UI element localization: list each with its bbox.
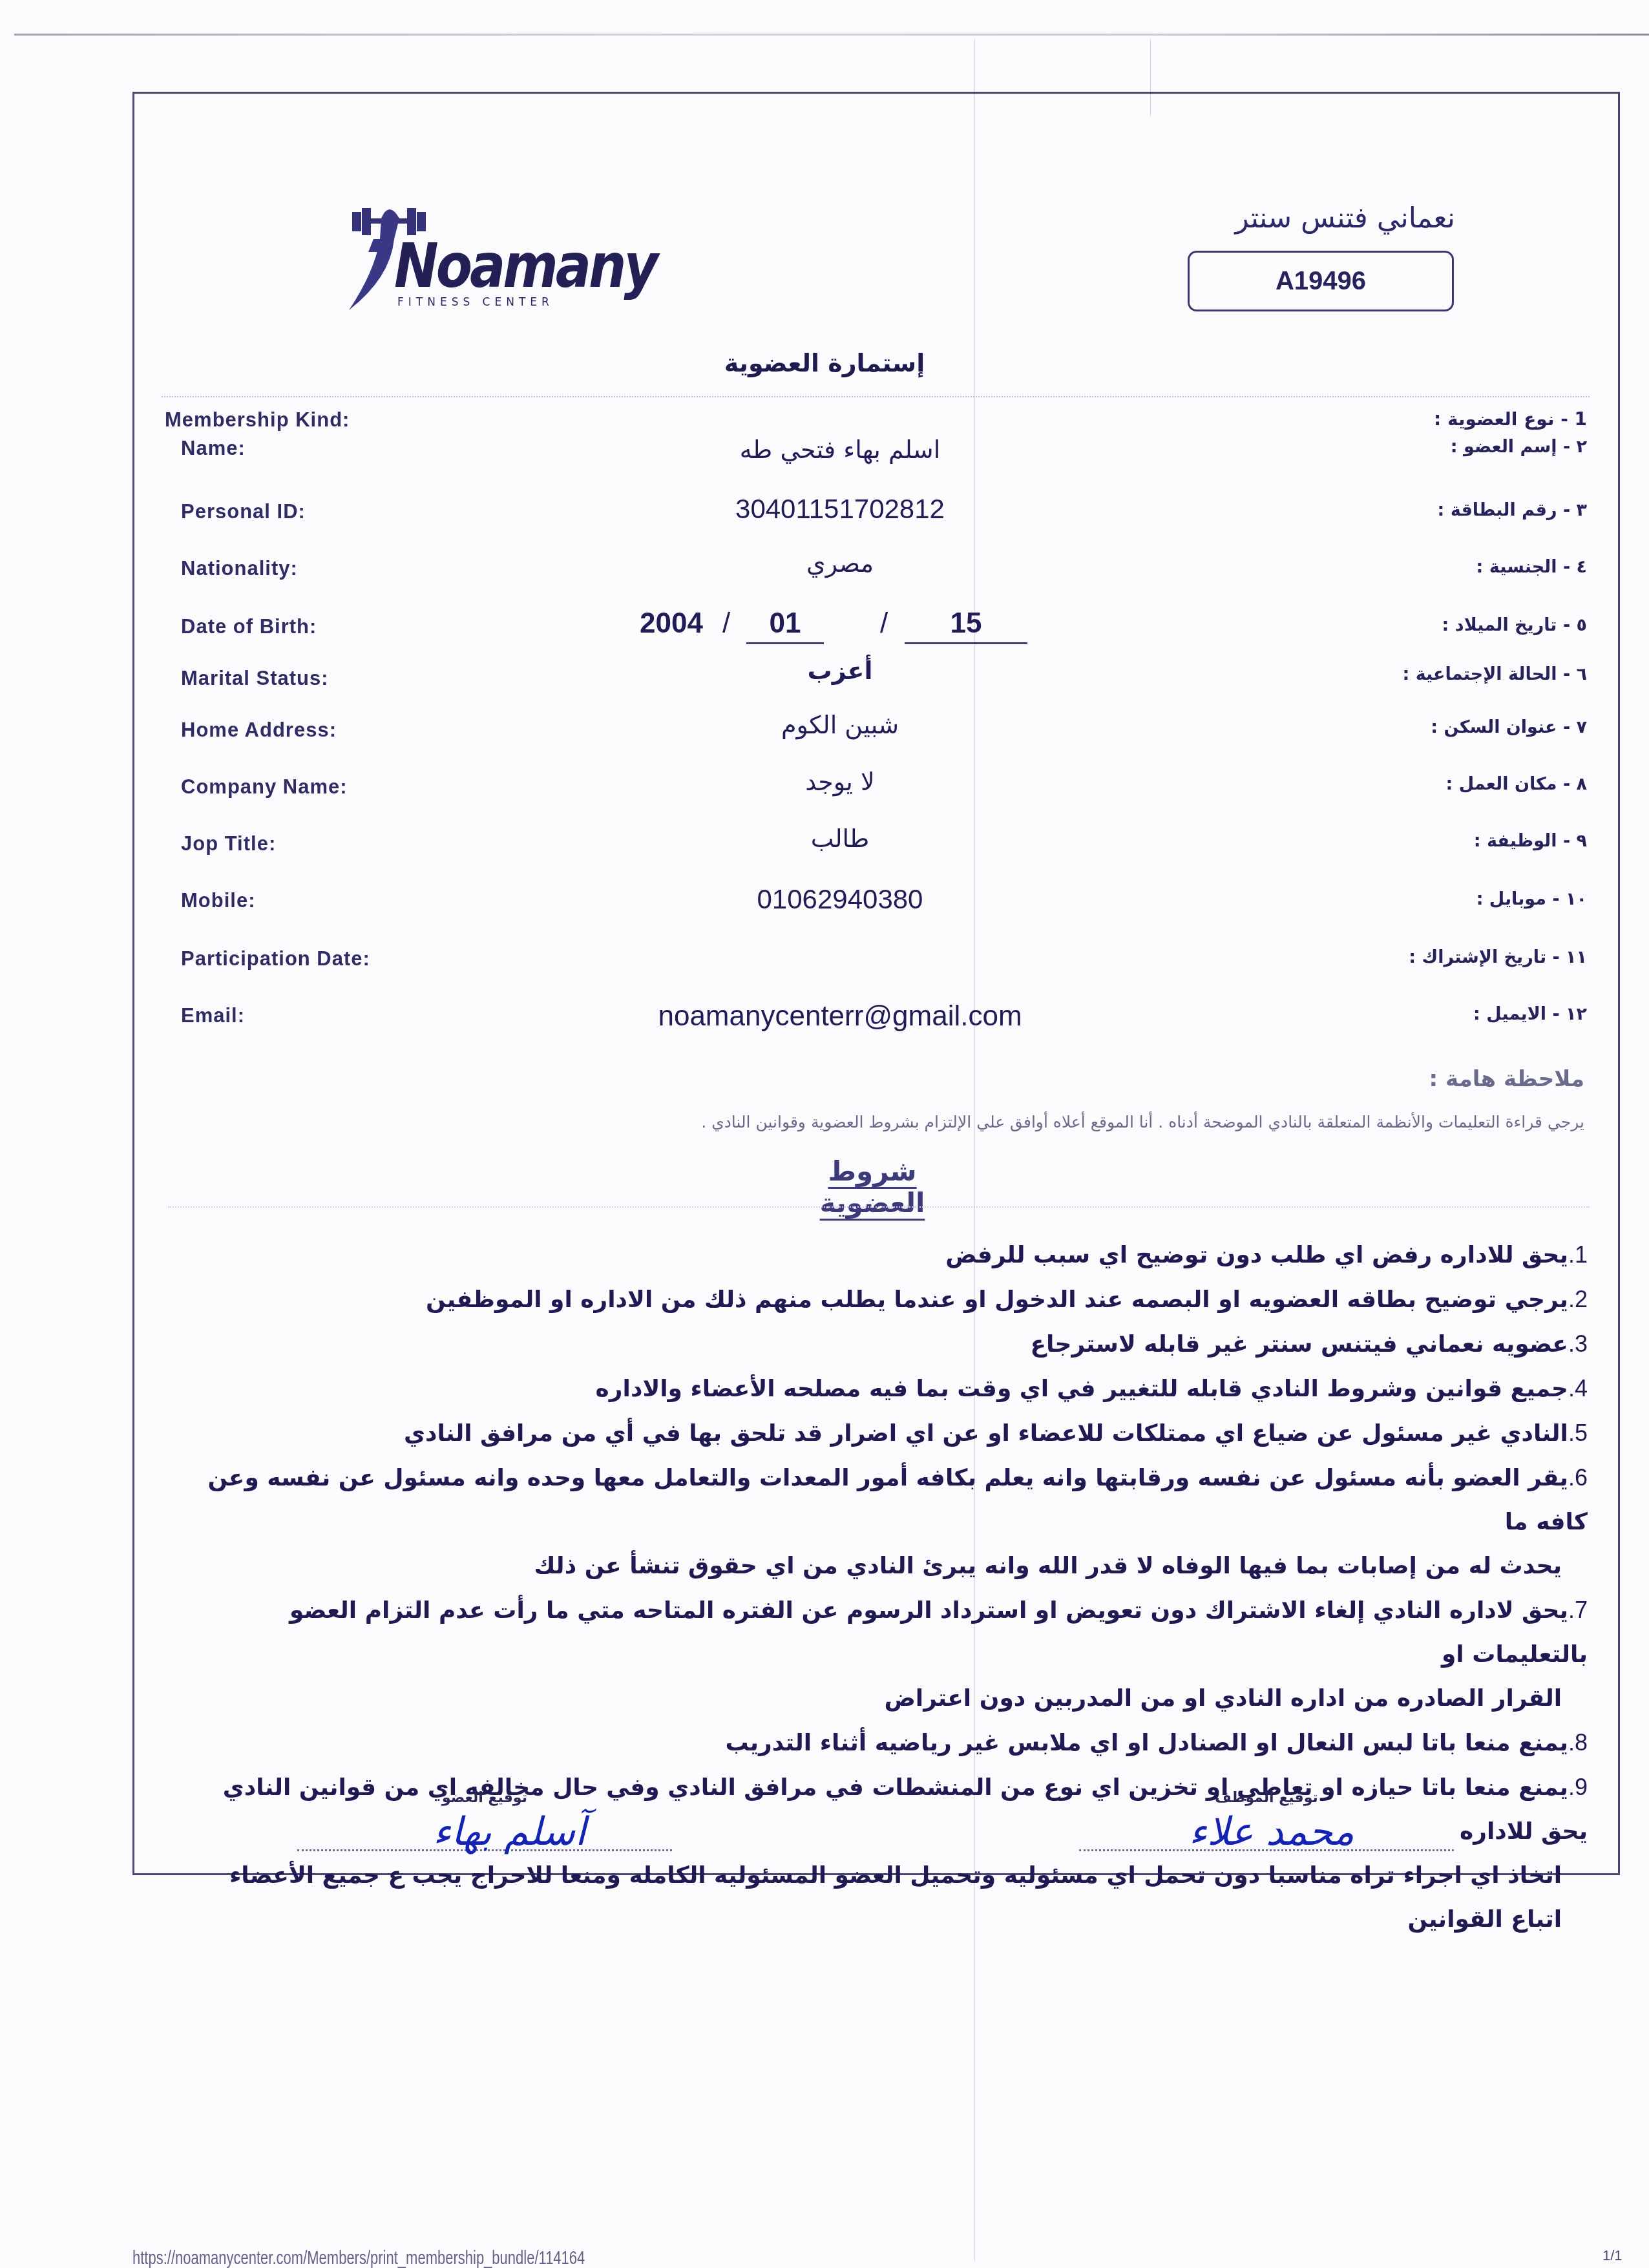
label-en: Jop Title:	[181, 832, 276, 856]
field-row-company-name: Company Name: ٨ - مكان العمل : لا يوجد	[0, 768, 1649, 806]
member-signature-block: توقيع العضو آسلم بهاء	[297, 1790, 672, 1867]
employee-signature-block: توقيع الموظف محمد علاء	[1079, 1790, 1454, 1867]
dob-year: 2004	[640, 607, 703, 640]
field-row-personal-id: Personal ID: ٣ - رقم البطاقة : 304011517…	[0, 494, 1649, 532]
label-ar: ١٢ - الايميل :	[1473, 1004, 1587, 1024]
member-signature-label: توقيع العضو	[297, 1790, 672, 1806]
field-value-marital-status: أعزب	[517, 656, 1163, 685]
label-en: Mobile:	[181, 889, 256, 912]
label-en: Email:	[181, 1004, 245, 1027]
terms-title: شروط العضوية	[775, 1155, 969, 1219]
label-en: Date of Birth:	[181, 615, 317, 638]
label-ar: ٣ - رقم البطاقة :	[1438, 500, 1587, 520]
label-ar: ٥ - تاريخ الميلاد :	[1442, 615, 1587, 635]
field-value-email: noamanycenterr@gmail.com	[452, 1000, 1228, 1033]
term-item: 8.يمنع منعا باتا لبس النعال او الصنادل ا…	[198, 1721, 1588, 1765]
term-item: 3.عضويه نعماني فيتنس سنتر غير قابله لاست…	[198, 1322, 1588, 1367]
field-row-nationality: Nationality: ٤ - الجنسية : مصري	[0, 549, 1649, 588]
label-en: Participation Date:	[181, 947, 370, 971]
brand-wordmark: Noamany	[394, 231, 656, 302]
field-row-mobile: Mobile: ١٠ - موبايل : 01062940380	[0, 884, 1649, 923]
note-title: ملاحظة هامة :	[1429, 1066, 1584, 1092]
dob-separator: /	[722, 607, 730, 640]
note-text: يرجي قراءة التعليمات والأنظمة المتعلقة ب…	[486, 1113, 1584, 1131]
field-row-home-address: Home Address: ٧ - عنوان السكن : شبين الك…	[0, 711, 1649, 750]
field-value-home-address: شبين الكوم	[517, 711, 1163, 739]
terms-divider	[168, 1206, 1590, 1208]
label-ar: ٩ - الوظيفة :	[1474, 831, 1587, 851]
label-ar: ٧ - عنوان السكن :	[1431, 717, 1587, 737]
field-row-participation-date: Participation Date: ١١ - تاريخ الإشتراك …	[0, 947, 1649, 986]
form-title: إستمارة العضوية	[0, 349, 1649, 377]
dob-separator: /	[880, 607, 888, 640]
field-row-date-of-birth: Date of Birth: ٥ - تاريخ الميلاد :	[0, 610, 1649, 649]
label-ar: 1 - نوع العضوية :	[1434, 408, 1587, 430]
label-en: Company Name:	[181, 775, 348, 799]
club-name-arabic: نعماني فتنس سنتر	[1235, 202, 1455, 235]
field-row-name: Name: ٢ - إسم العضو : اسلم بهاء فتحي طه	[0, 437, 1649, 476]
term-item: 4.جميع قوانين وشروط النادي قابله للتغيير…	[198, 1367, 1588, 1411]
term-item: 5.النادي غير مسئول عن ضياع اي ممتلكات لل…	[198, 1411, 1588, 1456]
term-item: 1.يحق للاداره رفض اي طلب دون توضيح اي سب…	[198, 1233, 1588, 1277]
employee-signature-label: توقيع الموظف	[1079, 1790, 1454, 1806]
field-row-marital-status: Marital Status: ٦ - الحالة الإجتماعية : …	[0, 659, 1649, 698]
dob-month: 01	[746, 607, 824, 644]
brand-logo: Noamany FITNESS CENTER	[349, 200, 569, 310]
field-value-nationality: مصري	[517, 549, 1163, 578]
label-ar: ١٠ - موبايل :	[1476, 889, 1587, 909]
page-number: 1/1	[1602, 2247, 1623, 2264]
label-en: Name:	[181, 437, 246, 460]
member-signature: آسلم بهاء	[433, 1809, 586, 1854]
field-row-email: Email: ١٢ - الايميل : noamanycenterr@gma…	[0, 1000, 1649, 1039]
member-code: A19496	[1188, 251, 1454, 311]
field-value-personal-id: 30401151702812	[517, 494, 1163, 525]
label-ar: ٨ - مكان العمل :	[1445, 774, 1587, 794]
label-ar: ٦ - الحالة الإجتماعية :	[1402, 664, 1587, 684]
label-ar: ١١ - تاريخ الإشتراك :	[1409, 947, 1587, 967]
label-en: Marital Status:	[181, 667, 329, 690]
label-en: Personal ID:	[181, 500, 306, 523]
field-value-name: اسلم بهاء فتحي طه	[517, 436, 1163, 464]
field-value-job-title: طالب	[517, 824, 1163, 853]
print-url: https://noamanycenter.com/Members/print_…	[132, 2247, 585, 2268]
label-ar: ٢ - إسم العضو :	[1451, 437, 1587, 457]
label-ar: ٤ - الجنسية :	[1476, 557, 1587, 577]
term-item: 6.يقر العضو بأنه مسئول عن نفسه ورقابتها …	[198, 1456, 1588, 1588]
title-divider	[162, 396, 1590, 397]
field-value-company-name: لا يوجد	[517, 768, 1163, 796]
brand-subtitle: FITNESS CENTER	[397, 296, 554, 309]
term-item: 2.يرجي توضيح بطاقه العضويه او البصمه عند…	[198, 1277, 1588, 1322]
employee-signature: محمد علاء	[1189, 1809, 1354, 1854]
field-value-mobile: 01062940380	[517, 884, 1163, 915]
label-en: Nationality:	[181, 557, 298, 580]
dob-day: 15	[905, 607, 1027, 644]
scan-edge-line	[14, 34, 1649, 36]
label-en: Membership Kind:	[165, 408, 350, 432]
label-en: Home Address:	[181, 719, 337, 742]
term-item: 7.يحق لاداره النادي إلغاء الاشتراك دون ت…	[198, 1588, 1588, 1721]
field-row-job-title: Jop Title: ٩ - الوظيفة : طالب	[0, 824, 1649, 863]
